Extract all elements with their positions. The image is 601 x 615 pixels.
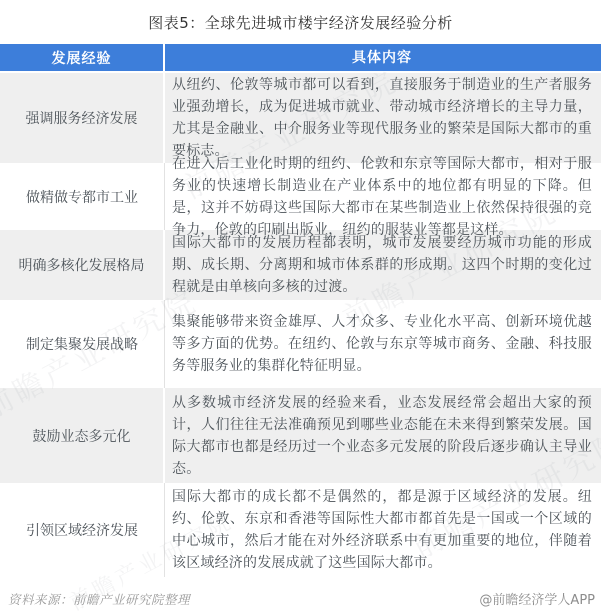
experience-cell: 引领区域经济发展 [0, 483, 165, 577]
header-cell-detail: 具体内容 [165, 44, 601, 71]
experience-cell: 明确多核化发展格局 [0, 230, 165, 300]
experience-cell: 制定集聚发展战略 [0, 300, 165, 388]
brand-text: @前瞻经济学人APP [479, 589, 595, 608]
detail-cell: 国际大都市的成长都不是偶然的，都是源于区域经济的发展。纽约、伦敦、东京和香港等国… [165, 483, 601, 577]
experience-cell: 鼓励业态多元化 [0, 388, 165, 483]
detail-cell: 在进入后工业化时期的纽约、伦敦和东京等国际大都市，相对于服务业的快速增长制造业在… [165, 163, 601, 230]
table-row: 做精做专都市工业 在进入后工业化时期的纽约、伦敦和东京等国际大都市，相对于服务业… [0, 163, 601, 230]
page: 图表5：全球先进城市楼宇经济发展经验分析 前瞻产业研究院 前瞻产业研究院 前瞻产… [0, 0, 601, 615]
experience-cell: 做精做专都市工业 [0, 163, 165, 230]
header-cell-experience: 发展经验 [0, 44, 165, 71]
data-table: 发展经验 具体内容 强调服务经济发展 从纽约、伦敦等城市都可以看到，直接服务于制… [0, 44, 601, 577]
table-row: 鼓励业态多元化 从多数城市经济发展的经验来看，业态发展经常会超出大家的预计，人们… [0, 388, 601, 483]
table-row: 引领区域经济发展 国际大都市的成长都不是偶然的，都是源于区域经济的发展。纽约、伦… [0, 483, 601, 577]
table-row: 明确多核化发展格局 国际大都市的发展历程都表明，城市发展要经历城市功能的形成期、… [0, 230, 601, 300]
detail-cell: 国际大都市的发展历程都表明，城市发展要经历城市功能的形成期、成长期、分离期和城市… [165, 230, 601, 300]
detail-cell: 从纽约、伦敦等城市都可以看到，直接服务于制造业的生产者服务业强劲增长，成为促进城… [165, 73, 601, 163]
chart-title: 图表5：全球先进城市楼宇经济发展经验分析 [0, 12, 601, 33]
table-row: 制定集聚发展战略 集聚能够带来资金雄厚、人才众多、专业化水平高、创新环境优越等多… [0, 300, 601, 388]
table-row: 强调服务经济发展 从纽约、伦敦等城市都可以看到，直接服务于制造业的生产者服务业强… [0, 73, 601, 163]
detail-cell: 从多数城市经济发展的经验来看，业态发展经常会超出大家的预计，人们往往无法准确预见… [165, 388, 601, 483]
detail-cell: 集聚能够带来资金雄厚、人才众多、专业化水平高、创新环境优越等多方面的优势。在纽约… [165, 300, 601, 388]
experience-cell: 强调服务经济发展 [0, 73, 165, 163]
table-header: 发展经验 具体内容 [0, 44, 601, 73]
footer: 资料来源：前瞻产业研究院整理 @前瞻经济学人APP [8, 589, 595, 608]
source-text: 资料来源：前瞻产业研究院整理 [8, 590, 190, 608]
